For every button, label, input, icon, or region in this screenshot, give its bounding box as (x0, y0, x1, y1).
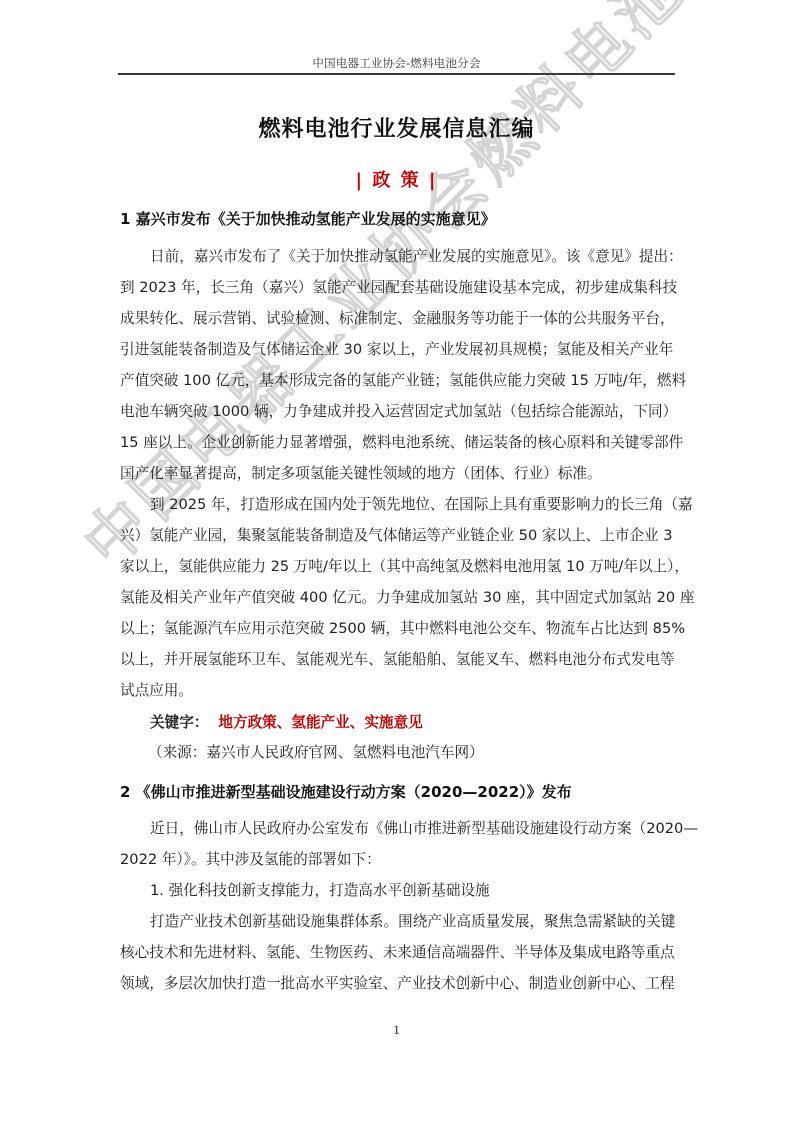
paragraph-line: 以上，并开展氢能环卫车、氢能观光车、氢能船舶、氢能叉车、燃料电池分布式发电等 (120, 649, 672, 671)
paragraph-line: 15 座以上。企业创新能力显著增强，燃料电池系统、储运装备的核心原料和关键零部件 (120, 432, 672, 454)
paragraph-line: 到 2025 年，打造形成在国内处于领先地位、在国际上具有重要影响力的长三角（嘉 (150, 494, 672, 516)
document-page: 中国电器工业协会燃料电池分会 中国电器工业协会-燃料电池分会 燃料电池行业发展信… (0, 0, 793, 1122)
paragraph-line: 引进氢能装备制造及气体储运企业 30 家以上，产业发展初具规模；氢能及相关产业年 (120, 339, 672, 361)
paragraph-line: 电池车辆突破 1000 辆，力争建成并投入运营固定式加氢站（包括综合能源站，下同… (120, 401, 672, 423)
paragraph-line: 打造产业技术创新基础设施集群体系。围绕产业高质量发展，聚焦急需紧缺的关键 (150, 911, 672, 933)
paragraph-line: 家以上，氢能供应能力 25 万吨/年以上（其中高纯氢及燃料电池用氢 10 万吨/… (120, 556, 672, 578)
paragraph-line: 以上；氢能源汽车应用示范突破 2500 辆，其中燃料电池公交车、物流车占比达到 … (120, 618, 672, 640)
article-heading-2: 2 《佛山市推进新型基础设施建设行动方案（2020—2022）》发布 (120, 781, 672, 803)
header-divider (118, 73, 675, 75)
page-number: 1 (0, 1022, 793, 1038)
paragraph-line: 氢能及相关产业年产值突破 400 亿元。力争建成加氢站 30 座，其中固定式加氢… (120, 587, 672, 609)
article-heading-1: 1 嘉兴市发布《关于加快推动氢能产业发展的实施意见》 (120, 208, 672, 230)
keywords-label: 关键字： (150, 714, 208, 731)
paragraph-line: 日前，嘉兴市发布了《关于加快推动氢能产业发展的实施意见》。该《意见》提出： (150, 246, 672, 268)
paragraph-line: 产值突破 100 亿元，基本形成完备的氢能产业链；氢能供应能力突破 15 万吨/… (120, 370, 672, 392)
paragraph-line: 近日，佛山市人民政府办公室发布《佛山市推进新型基础设施建设行动方案（2020— (150, 818, 672, 840)
running-header: 中国电器工业协会-燃料电池分会 (118, 55, 675, 71)
keywords-values: 地方政策、氢能产业、实施意见 (218, 714, 422, 731)
paragraph-line: 试点应用。 (120, 680, 672, 702)
paragraph-line: 核心技术和先进材料、氢能、生物医药、未来通信高端器件、半导体及集成电路等重点 (120, 942, 672, 964)
list-item-1: 1. 强化科技创新支撑能力，打造高水平创新基础设施 (150, 880, 702, 902)
paragraph-line: 成果转化、展示营销、试验检测、标准制定、金融服务等功能于一体的公共服务平台， (120, 308, 672, 330)
paragraph-line: 2022 年）》。其中涉及氢能的部署如下： (120, 849, 672, 871)
keywords-row: 关键字：地方政策、氢能产业、实施意见 (150, 712, 702, 734)
paragraph-line: 到 2023 年，长三角（嘉兴）氢能产业园配套基础设施建设基本完成，初步建成集科… (120, 277, 672, 299)
paragraph-line: 兴）氢能产业园，集聚氢能装备制造及气体储运等产业链企业 50 家以上、上市企业 … (120, 525, 672, 547)
paragraph-line: 国产化率显著提高，制定多项氢能关键性领域的地方（团体、行业）标准。 (120, 463, 672, 485)
source-note: （来源：嘉兴市人民政府官网、氢燃料电池汽车网） (148, 742, 700, 764)
section-label-policy: | 政 策 | (118, 166, 675, 192)
document-title: 燃料电池行业发展信息汇编 (118, 112, 675, 143)
paragraph-line: 领域，多层次加快打造一批高水平实验室、产业技术创新中心、制造业创新中心、工程 (120, 973, 672, 995)
